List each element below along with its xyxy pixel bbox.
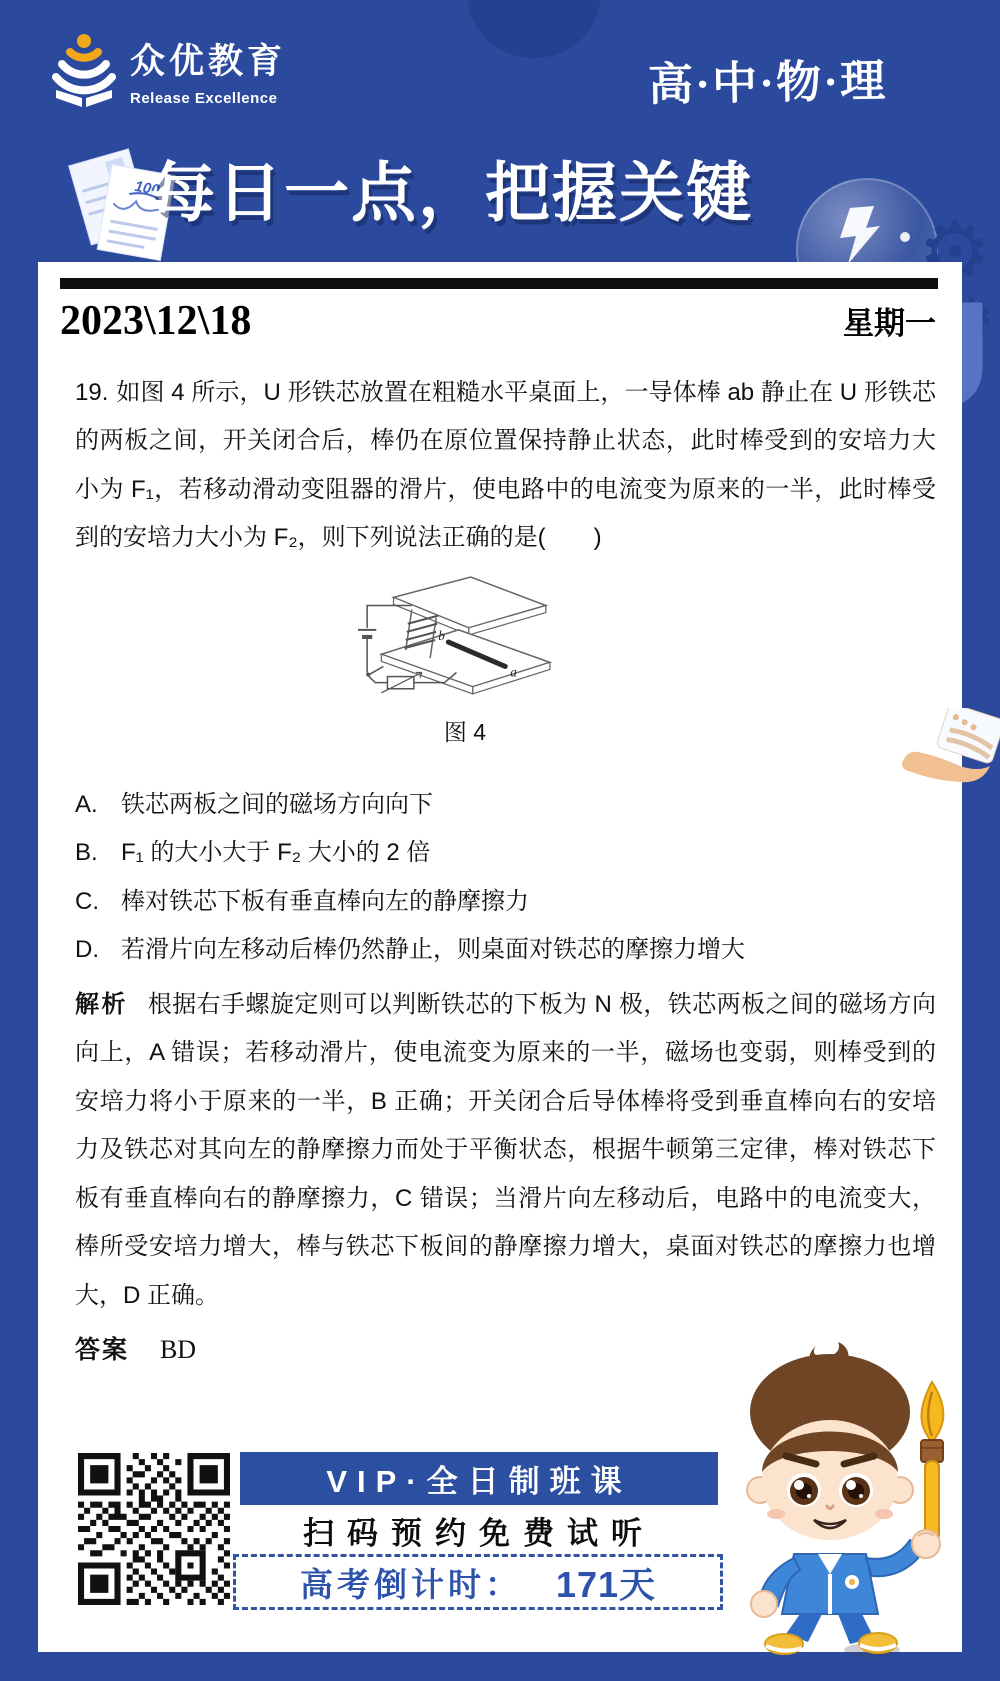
analysis-label: 解析	[75, 991, 128, 1018]
page-title: 每日一点，把握关键	[150, 140, 910, 234]
curled-paper-icon	[898, 708, 1000, 800]
option-d-text: 若滑片向左移动后棒仍然静止，则桌面对铁芯的摩擦力增大	[121, 926, 745, 974]
scan-cta-text: 扫码预约免费试听	[240, 1505, 718, 1555]
rod-label-a: a	[510, 664, 517, 679]
brand-logo-icon	[52, 32, 116, 108]
answer-value: BD	[160, 1335, 196, 1364]
subject-badge: 高·中·物·理	[647, 44, 887, 113]
vip-banner: VIP·全日制班课	[240, 1452, 718, 1505]
analysis-paragraph: 解析根据右手螺旋定则可以判断铁芯的下板为 N 极，铁芯两板之间的磁场方向向上，A…	[75, 981, 936, 1320]
option-a: A. 铁芯两板之间的磁场方向向下	[75, 781, 936, 829]
option-d: D. 若滑片向左移动后棒仍然静止，则桌面对铁芯的摩擦力增大	[75, 926, 936, 974]
question-text: 如图 4 所示，U 形铁芯放置在粗糙水平桌面上，一导体棒 ab 静止在 U 形铁…	[75, 379, 936, 551]
option-d-key: D.	[75, 926, 121, 974]
top-circle-decoration	[468, 0, 600, 58]
option-a-text: 铁芯两板之间的磁场方向向下	[121, 781, 433, 829]
countdown-box: 高考倒计时： 171天	[233, 1554, 723, 1610]
rod-label-b: b	[438, 628, 445, 643]
brand-tagline: Release Excellence	[130, 90, 286, 107]
brand-name: 众优教育	[130, 34, 286, 84]
option-c-text: 棒对铁芯下板有垂直棒向左的静摩擦力	[121, 878, 529, 926]
figure: b a 图 4	[345, 573, 585, 747]
paintbrush-icon	[921, 1382, 943, 1541]
question-stem: 19.如图 4 所示，U 形铁芯放置在粗糙水平桌面上，一导体棒 ab 静止在 U…	[75, 369, 936, 563]
option-b-text: F₁ 的大小大于 F₂ 大小的 2 倍	[121, 829, 430, 877]
countdown-label: 高考倒计时：	[300, 1559, 522, 1606]
brand-logo: 众优教育 Release Excellence	[52, 32, 286, 108]
weekday-text: 星期一	[843, 298, 936, 343]
figure-caption: 图 4	[345, 714, 585, 747]
circuit-figure: b a	[345, 573, 570, 705]
divider-bar	[60, 278, 938, 289]
option-b-key: B.	[75, 829, 121, 877]
qr-code	[78, 1450, 230, 1608]
poster-page: ⚙ ⚙ U 众优教育 Release Excellence 高·中·物·理 10	[0, 0, 1000, 1681]
option-b: B. F₁ 的大小大于 F₂ 大小的 2 倍	[75, 829, 936, 877]
analysis-text: 根据右手螺旋定则可以判断铁芯的下板为 N 极，铁芯两板之间的磁场方向向上，A 错…	[75, 991, 936, 1309]
answer-label: 答案	[75, 1336, 129, 1364]
options-list: A. 铁芯两板之间的磁场方向向下 B. F₁ 的大小大于 F₂ 大小的 2 倍 …	[75, 781, 936, 975]
mascot-boy	[700, 1330, 965, 1660]
option-c-key: C.	[75, 878, 121, 926]
date-text: 2023\12\18	[60, 297, 251, 345]
option-c: C. 棒对铁芯下板有垂直棒向左的静摩擦力	[75, 878, 936, 926]
option-a-key: A.	[75, 781, 121, 829]
countdown-value: 171天	[556, 1557, 656, 1608]
question-number: 19.	[75, 379, 108, 406]
date-row: 2023\12\18 星期一	[60, 297, 936, 345]
